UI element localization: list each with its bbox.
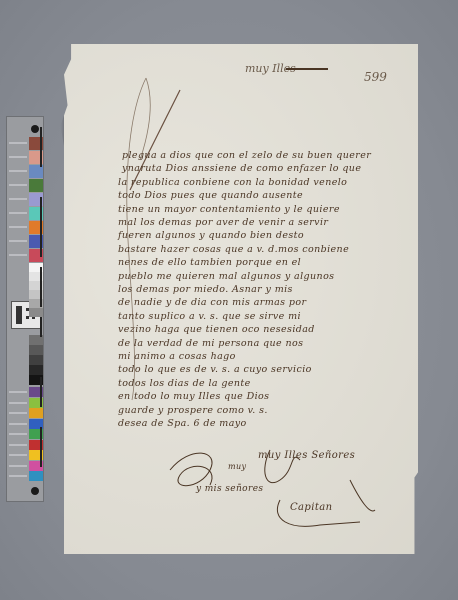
closing-line2: y mis señores — [196, 484, 263, 494]
manuscript-line: nenes de ello tambien porque en el — [118, 257, 301, 268]
manuscript-line: fueren algunos y quando bien desto — [118, 230, 304, 241]
manuscript-line: bastare hazer cosas que a v. d.mos conbi… — [118, 244, 349, 255]
manuscript-line: la republica conbiene con la bonidad ven… — [118, 177, 347, 188]
gray-patch — [29, 365, 43, 375]
manuscript-line: todos los dias de la gente — [118, 378, 251, 389]
strip-hole — [31, 487, 39, 495]
color-patch — [29, 179, 43, 192]
closing-salutation: muy Illes Señores — [258, 450, 355, 461]
manuscript-line: todo Dios pues que quando ausente — [118, 190, 303, 201]
gray-patch — [29, 308, 43, 317]
manuscript-line: desea de Spa. 6 de mayo — [118, 418, 247, 429]
manuscript-line: tiene un mayor contentamiento y le quier… — [118, 204, 340, 215]
gray-patch — [29, 355, 43, 365]
manuscript-line: los demas por miedo. Asnar y mis — [118, 284, 293, 295]
color-patch — [29, 471, 43, 481]
folio-number: 599 — [364, 70, 387, 84]
manuscript-line: pueblo me quieren mal algunos y algunos — [118, 271, 334, 282]
color-calibration-strip — [6, 116, 44, 502]
color-patch — [29, 408, 43, 418]
gray-patch — [29, 345, 43, 355]
manuscript-line: de nadie y de dia con mis armas por — [118, 297, 306, 308]
signature: Capitan — [290, 502, 332, 513]
header-rule — [286, 68, 328, 70]
manuscript-line: vezino haga que tienen oco nesesidad — [118, 324, 315, 335]
manuscript-line: de la verdad de mi persona que nos — [118, 338, 303, 349]
manuscript-line: mal los demas por aver de venir a servir — [118, 217, 328, 228]
strip-hole — [31, 125, 39, 133]
manuscript-line: mi animo a cosas hago — [118, 351, 236, 362]
manuscript-line: plegua a dios que con el zelo de su buen… — [122, 150, 371, 161]
manuscript-line: guarde y prospere como v. s. — [118, 405, 268, 416]
manuscript-line: ynaruta Dios anssiene de como enfazer lo… — [122, 163, 361, 174]
manuscript-line: tanto suplico a v. s. que se sirve mi — [118, 311, 301, 322]
manuscript-line: todo lo que es de v. s. a cuyo servicio — [118, 364, 312, 375]
manuscript-line: en todo lo muy Illes que Dios — [118, 391, 269, 402]
closing-muy: muy — [228, 462, 246, 471]
